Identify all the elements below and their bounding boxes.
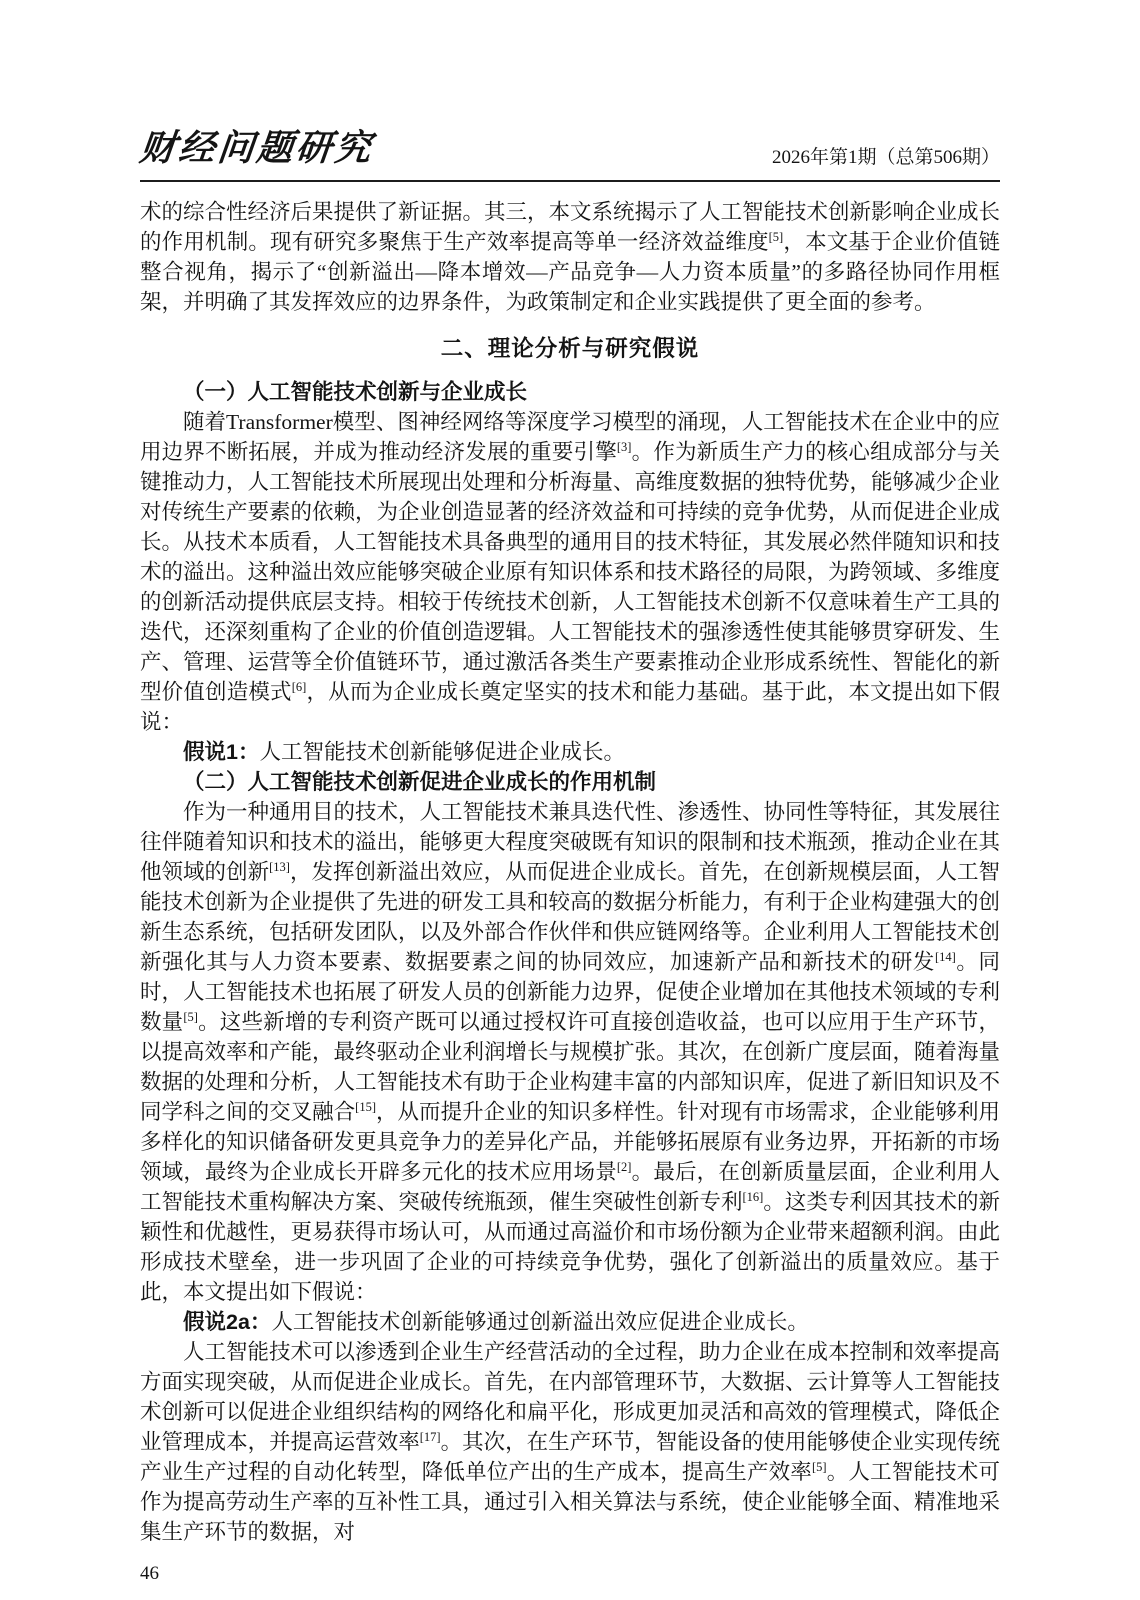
subsection-heading-1: （一）人工智能技术创新与企业成长 [140, 377, 1000, 407]
page-content: 财经问题研究 2026年第1期（总第506期） 术的综合性经济后果提供了新证据。… [140, 0, 1000, 1585]
paragraph-cost-efficiency: 人工智能技术可以渗透到企业生产经营活动的全过程，助力企业在成本控制和效率提高方面… [140, 1337, 1000, 1547]
page-footer: 46 [140, 1563, 1000, 1585]
citation-ref: [13] [269, 860, 290, 874]
citation-ref: [3] [617, 440, 632, 454]
citation-ref: [6] [292, 680, 307, 694]
hypothesis-2a-label: 假说2a： [183, 1310, 271, 1334]
issue-info: 2026年第1期（总第506期） [772, 142, 1000, 171]
paragraph-ai-and-growth: 随着Transformer模型、图神经网络等深度学习模型的涌现，人工智能技术在企… [140, 407, 1000, 737]
journal-logo: 财经问题研究 [137, 120, 376, 171]
hypothesis-1-label: 假说1： [183, 740, 259, 764]
hypothesis-2a-text: 人工智能技术创新能够通过创新溢出效应促进企业成长。 [271, 1310, 809, 1334]
citation-ref: [2] [617, 1160, 632, 1174]
citation-ref: [16] [742, 1190, 763, 1204]
citation-ref: [15] [355, 1100, 376, 1114]
citation-ref: [14] [935, 950, 956, 964]
citation-ref: [17] [420, 1430, 441, 1444]
paragraph-continuation: 术的综合性经济后果提供了新证据。其三，本文系统揭示了人工智能技术创新影响企业成长… [140, 197, 1000, 317]
citation-ref: [5] [769, 230, 784, 244]
paragraph-mechanism: 作为一种通用目的技术，人工智能技术兼具迭代性、渗透性、协同性等特征，其发展往往伴… [140, 797, 1000, 1307]
page-header: 财经问题研究 2026年第1期（总第506期） [140, 120, 1000, 182]
article-body: 术的综合性经济后果提供了新证据。其三，本文系统揭示了人工智能技术创新影响企业成长… [140, 197, 1000, 1547]
hypothesis-1-text: 人工智能技术创新能够促进企业成长。 [259, 740, 625, 764]
hypothesis-2a: 假说2a：人工智能技术创新能够通过创新溢出效应促进企业成长。 [140, 1307, 1000, 1337]
subsection-heading-2: （二）人工智能技术创新促进企业成长的作用机制 [140, 767, 1000, 797]
hypothesis-1: 假说1：人工智能技术创新能够促进企业成长。 [140, 737, 1000, 767]
text-run: 。作为新质生产力的核心组成部分与关键推动力，人工智能技术所展现出处理和分析海量、… [140, 440, 1000, 704]
journal-page: 财经问题研究 2026年第1期（总第506期） 术的综合性经济后果提供了新证据。… [0, 0, 1140, 1600]
citation-ref: [5] [183, 1010, 198, 1024]
page-number: 46 [140, 1563, 159, 1584]
section-heading: 二、理论分析与研究假说 [140, 334, 1000, 364]
citation-ref: [5] [812, 1460, 827, 1474]
